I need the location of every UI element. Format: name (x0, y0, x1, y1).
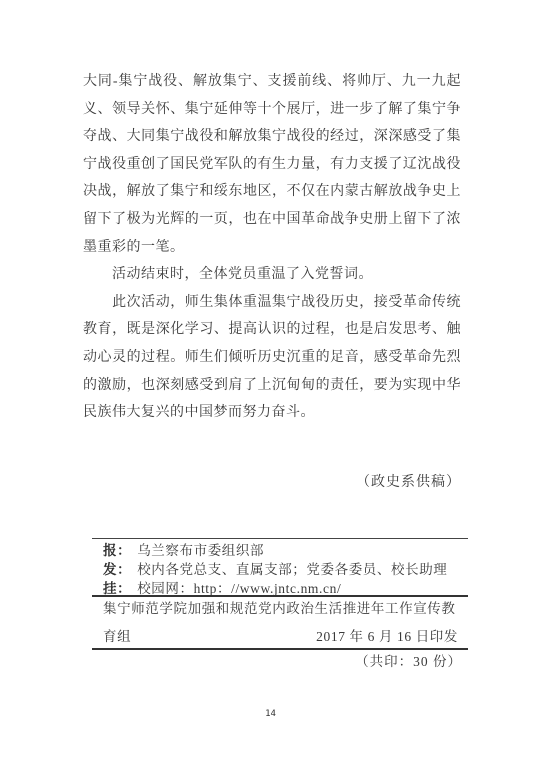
distribution-box: 报：乌兰察布市委组织部发：校内各党总支、直属支部；党委各委员、校长助理挂：校园网… (92, 538, 468, 601)
distribution-row-text: 乌兰察布市委组织部 (137, 543, 264, 558)
copies-count: （共印：30 份） (83, 653, 462, 671)
body-line: 义、领导关怀、集宁延伸等十个展厅，进一步了解了集宁争 (83, 96, 461, 124)
issuer-line-2: 育组 (103, 628, 131, 646)
issuer-line-1: 集宁师范学院加强和规范党内政治生活推进年工作宣传教 (92, 600, 468, 618)
contributor-byline: （政史系供稿） (83, 470, 461, 496)
distribution-row-text: 校内各党总支、直属支部；党委各委员、校长助理 (137, 562, 447, 577)
body-line: 民族伟大复兴的中国梦而努力奋斗。 (83, 399, 461, 427)
body-line: 动心灵的过程。师生们倾听历史沉重的足音，感受革命先烈 (83, 344, 461, 372)
distribution-row-label: 挂： (103, 581, 131, 596)
document-page: 大同-集宁战役、解放集宁、支援前线、将帅厅、九一九起义、领导关怀、集宁延伸等十个… (0, 0, 541, 768)
distribution-row: 发：校内各党总支、直属支部；党委各委员、校长助理 (92, 560, 468, 579)
issuer-box: 集宁师范学院加强和规范党内政治生活推进年工作宣传教 育组 2017 年 6 月 … (92, 595, 468, 650)
page-number: 14 (0, 709, 541, 719)
issuer-date-row: 育组 2017 年 6 月 16 日印发 (92, 628, 468, 646)
distribution-row-label: 发： (103, 562, 131, 577)
body-line: 墨重彩的一笔。 (83, 234, 461, 262)
document-body: 大同-集宁战役、解放集宁、支援前线、将帅厅、九一九起义、领导关怀、集宁延伸等十个… (83, 68, 461, 427)
body-line: 夺战、大同集宁战役和解放集宁战役的经过，深深感受了集 (83, 123, 461, 151)
body-line: 活动结束时，全体党员重温了入党誓词。 (83, 261, 461, 289)
body-line: 教育，既是深化学习、提高认识的过程，也是启发思考、触 (83, 316, 461, 344)
print-date: 2017 年 6 月 16 日印发 (316, 628, 458, 646)
body-line: 大同-集宁战役、解放集宁、支援前线、将帅厅、九一九起 (83, 68, 461, 96)
body-line: 的激励，也深刻感受到肩了上沉甸甸的责任，要为实现中华 (83, 372, 461, 400)
body-line: 此次活动，师生集体重温集宁战役历史，接受革命传统 (83, 289, 461, 317)
distribution-row-label: 报： (103, 543, 131, 558)
body-line: 决战，解放了集宁和绥东地区，不仅在内蒙古解放战争史上 (83, 178, 461, 206)
body-line: 留下了极为光辉的一页，也在中国革命战争史册上留下了浓 (83, 206, 461, 234)
distribution-row-text: 校园网：http：//www.jntc.nm.cn/ (137, 581, 341, 596)
body-line: 宁战役重创了国民党军队的有生力量，有力支援了辽沈战役 (83, 151, 461, 179)
distribution-row: 报：乌兰察布市委组织部 (92, 541, 468, 560)
